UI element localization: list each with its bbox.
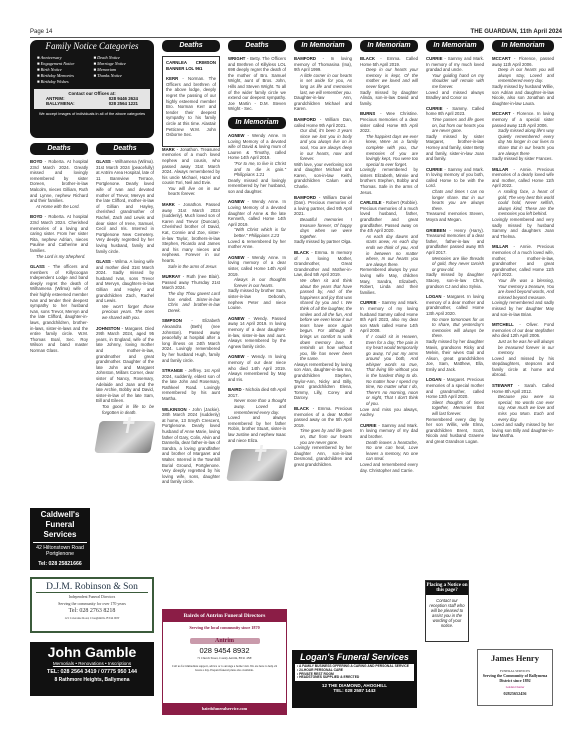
deaths-heading: Deaths bbox=[162, 40, 220, 52]
deaths-memoriam-column-4: Deaths WRIGHT - Betty. The Officers and … bbox=[228, 40, 286, 487]
notice-surname: MCCART bbox=[492, 111, 511, 116]
masthead: THE GUARDIAN, 11th April 2024 bbox=[471, 29, 562, 35]
notice-surname: GLASS bbox=[96, 259, 111, 264]
memoriam-heading: In Memoriam bbox=[228, 117, 286, 129]
notice-verse: Time passes and life goes on, but from o… bbox=[426, 117, 484, 134]
notice-verse: "With Christ which is far better." Phili… bbox=[228, 227, 286, 238]
page-header: Page 14 THE GUARDIAN, 11th April 2024 bbox=[30, 28, 562, 38]
notice-verse: At Home with the Lord. bbox=[30, 204, 88, 210]
notice-surname: MILLAR bbox=[492, 167, 508, 172]
notice-surname: CURRIE bbox=[426, 167, 442, 172]
notice-surname: GLASS bbox=[30, 264, 45, 269]
notice-verse: If I could sit in Heaven, Even for a day… bbox=[360, 334, 418, 407]
james-henry-ad: James Henry FUNERAL SERVICES Serving the… bbox=[477, 649, 553, 706]
placing-notice-box: Placing a Notice on this page? Contact o… bbox=[425, 580, 469, 642]
notice-surname: BURNS bbox=[360, 111, 375, 116]
notice-verse: Your life was a blessing, Your memory a … bbox=[492, 278, 554, 300]
notice-surname: CURRIE bbox=[426, 56, 442, 61]
notice-surname: AGNEW bbox=[228, 133, 244, 138]
notice-surname: BOYD bbox=[30, 214, 42, 219]
notice-item: MILLAR - Annie. Precious memories of a d… bbox=[492, 167, 554, 240]
notice-surname: JOHNSTON bbox=[96, 326, 120, 331]
notice-item: MCCART - Florence, passed away 11th Apri… bbox=[492, 56, 554, 106]
notice-surname: BLACK bbox=[294, 406, 309, 411]
notice-surname: AGNEW bbox=[228, 354, 244, 359]
notice-verse: Always in our thoughts forever in our he… bbox=[228, 277, 286, 288]
notice-surname: BAMFORD bbox=[294, 56, 316, 61]
notice-item: BAMFORD - William Dan, called Home 9th A… bbox=[294, 117, 352, 190]
deaths-column-1: Deaths BOYD - Roberta. At hospital 23rd … bbox=[30, 143, 88, 359]
notice-verse: Deep in our hearts you will always stay,… bbox=[492, 67, 554, 84]
notice-surname: CURRIE bbox=[360, 300, 376, 305]
notice-item: BOYD - Roberta. At hospital 23rd March 2… bbox=[30, 214, 88, 259]
office-ballymena: BALLYMENA:028 2564 1221 bbox=[38, 101, 146, 106]
notice-verse: Safe in the arms of Jesus bbox=[162, 264, 220, 270]
notice-verse: A smiling face, a heart of gold, The ver… bbox=[492, 189, 554, 217]
notice-item: WRIGHT - Betty. The Officers and Brethre… bbox=[228, 56, 286, 112]
category-item: Thanks Notice bbox=[94, 73, 151, 79]
notice-item: GLASS - The officers and members of Kill… bbox=[30, 264, 88, 354]
notice-surname: WILKINSON bbox=[162, 407, 187, 412]
accept-images-note: We accept images of individuals in all o… bbox=[34, 111, 150, 117]
notice-item: AGNEW - Wendy. Passed away 14 April 2019… bbox=[228, 316, 286, 350]
notice-item: AGNEW - Wendy Anne. In loving memory of … bbox=[228, 255, 286, 311]
notice-item: BURNS - Wee Christine. Precious memories… bbox=[360, 111, 418, 195]
notice-surname: MARK bbox=[162, 147, 175, 152]
deaths-column-2: Deaths GLASS - Wilhamena (Wilma). 31st M… bbox=[96, 143, 154, 459]
notice-item: BOYD - Roberta. At hospital 23rd March 2… bbox=[30, 159, 88, 209]
notice-verse: We won't forget those precious years. Th… bbox=[96, 304, 154, 321]
deaths-heading: Deaths bbox=[30, 143, 88, 155]
categories-list: AnniversaryDeath NoticeEngagement Notice… bbox=[34, 55, 150, 85]
notice-surname: SIMPSON bbox=[162, 318, 182, 323]
notice-item: GLASS - Wilhamena (Wilma). 31st March 20… bbox=[96, 159, 154, 254]
notice-verse: As each day dawns and starts anew, As ea… bbox=[360, 234, 418, 268]
notice-verse: Because you were so special, No words ca… bbox=[492, 394, 554, 422]
notice-surname: CARLISLE bbox=[360, 200, 382, 205]
notice-verse: A little corner in our hearts is set asi… bbox=[294, 73, 352, 95]
notice-verse: You will live on in our hearts forever. bbox=[162, 186, 220, 197]
notice-verse: Silent thoughts of times together, Memor… bbox=[426, 400, 484, 417]
notice-verse: Deep in our hearts your memory is kept, … bbox=[360, 67, 418, 89]
deaths-column-3: Deaths CARNLEA CRIMSON BANNER LOL 961KER… bbox=[162, 40, 220, 490]
notice-surname: CARNLEA CRIMSON BANNER LOL 961 bbox=[166, 60, 216, 71]
notice-item: BAIRD - Nichola died 6th April 2017.Neve… bbox=[228, 387, 286, 443]
notice-verse: Memories are like threads of gold, they … bbox=[426, 256, 484, 273]
notice-item: CURRIE - Sammy and Mark. In loving memor… bbox=[360, 423, 418, 473]
notice-item: SIMPSON - Elizabeth Alexandra (Beth) (ne… bbox=[162, 318, 220, 363]
notice-verse: We often sit and think about the years t… bbox=[294, 278, 352, 362]
john-gamble-ad: John Gamble Memorials • Renovations • In… bbox=[30, 642, 154, 696]
page-number: Page 14 bbox=[30, 29, 52, 35]
deaths-heading: Deaths bbox=[96, 143, 154, 155]
notice-verse: Beautiful memories I treasure forever, O… bbox=[294, 217, 352, 239]
notice-item: GRIBBEN - Henry (Harry). Treasured memor… bbox=[426, 228, 484, 290]
notice-item: MARK - Jonathon. Treasured memories of a… bbox=[162, 147, 220, 197]
notice-item: BAMFORD - In loving memory of Thomasina … bbox=[294, 56, 352, 112]
memoriam-heading: In Memoriam bbox=[426, 40, 484, 52]
notice-verse: Just as he was he will always be treasur… bbox=[492, 339, 554, 356]
notice-item: AGNEW - Wendy Anne. In Loving Memory of … bbox=[228, 133, 286, 195]
memoriam-heading: In Memoriam bbox=[294, 40, 352, 52]
memoriam-column-7: In Memoriam CURRIE - Sammy and Mark. In … bbox=[426, 40, 484, 450]
bible-icon bbox=[94, 421, 156, 453]
notice-item: LOGAN - Margaret. Precious memories of a… bbox=[426, 377, 484, 444]
notice-surname: BAMFORD bbox=[294, 195, 316, 200]
notice-verse: Chats and times I can no longer share. B… bbox=[426, 189, 484, 211]
notice-surname: MURRAY bbox=[162, 274, 180, 279]
logans-funeral-ad: Logan's Funeral Services • A FAMILY BUSI… bbox=[292, 650, 417, 708]
notice-surname: GRIBBEN bbox=[426, 228, 446, 233]
notice-item: MURRAY - Ruth (nee Blair). Passed away T… bbox=[162, 274, 220, 313]
notice-item: BLACK - Emma. Precious memories of a dea… bbox=[294, 406, 352, 468]
contact-box: Contact our Offices at: ANTRIM:028 9446 … bbox=[34, 89, 150, 109]
djm-robinson-ad: D.J.M. Robinson & Son Independent Funera… bbox=[30, 577, 154, 633]
notice-item: MILLAR - Annie. Precious memories of a m… bbox=[492, 244, 554, 317]
notice-surname: BOYD bbox=[30, 159, 42, 164]
notice-item: CURRIE - Sammy and Mark. In memory of my… bbox=[360, 300, 418, 417]
notice-surname: AGNEW bbox=[228, 255, 244, 260]
memoriam-column-8: In Memoriam MCCART - Florence, passed aw… bbox=[492, 40, 554, 444]
categories-column: Family Notice Categories AnniversaryDeat… bbox=[30, 40, 154, 138]
notice-item: STEWART - Sarah. Called Home 8th April 2… bbox=[492, 383, 554, 439]
memoriam-heading: In Memoriam bbox=[492, 40, 554, 52]
notice-item: CARLISLE - Robert (Robbie). Precious mem… bbox=[360, 200, 418, 295]
notice-surname: MITCHELL bbox=[492, 322, 514, 327]
logans-services-list: • A FAMILY BUSINESS OFFERING A CARING AN… bbox=[295, 664, 414, 681]
notice-item: CURRIE - Sammy and Mark. In loving memor… bbox=[426, 167, 484, 223]
notice-item: BLACK - Emma. Called Home 5th April 2019… bbox=[360, 56, 418, 106]
category-item: Birthday Wishes bbox=[37, 79, 94, 85]
notice-surname: WRIGHT bbox=[228, 56, 245, 61]
newspaper-page: Page 14 THE GUARDIAN, 11th April 2024 Fa… bbox=[0, 0, 580, 737]
notice-item: BLACK - Emma. In memory of a loving Moth… bbox=[294, 250, 352, 401]
notice-surname: LOGAN bbox=[426, 377, 442, 382]
caldwells-funeral-ad: Caldwell's Funeral Services 42 Hiltonsto… bbox=[30, 508, 90, 570]
notice-surname: AGNEW bbox=[228, 199, 244, 204]
notice-item: LOGAN - Margaret. In loving memory of a … bbox=[426, 294, 484, 372]
notice-surname: CURRIE bbox=[426, 106, 442, 111]
notice-item: KERR - Norman. The Officers and brethren… bbox=[166, 76, 216, 138]
notice-surname: MCCART bbox=[492, 56, 511, 61]
notice-item: BAMFORD - William Daniel (Dan). Precious… bbox=[294, 195, 352, 245]
memoriam-column-6: In Memoriam BLACK - Emma. Called Home 5t… bbox=[360, 40, 418, 478]
notice-verse: "For to me, to live is Christ and to die… bbox=[228, 161, 286, 178]
notice-surname: AGNEW bbox=[228, 316, 244, 321]
bible-icon bbox=[226, 449, 288, 481]
notice-surname: BLACK bbox=[294, 250, 309, 255]
notice-verse: The Lord is my Shepherd. bbox=[30, 254, 88, 260]
notice-verse: No more tomorrows for us to share, But y… bbox=[426, 317, 484, 339]
notice-surname: CURRIE bbox=[360, 423, 376, 428]
notice-item: CARNLEA CRIMSON BANNER LOL 961 bbox=[166, 60, 216, 71]
notice-surname: STRANGE bbox=[162, 368, 183, 373]
notice-item: AGNEW - Wendy. In loving memory of our d… bbox=[228, 354, 286, 382]
notice-item: JOHNSTON - Margaret. Died 29th March 202… bbox=[96, 326, 154, 416]
notice-surname: STEWART bbox=[492, 383, 513, 388]
notice-item: STRANGE - Jeffrey. 1st April 2024, sudde… bbox=[162, 368, 220, 402]
categories-box: Family Notice Categories AnniversaryDeat… bbox=[30, 40, 154, 138]
notice-item: CURRIE - Sammy and Mark. In memory of my… bbox=[426, 56, 484, 101]
notice-surname: KERR bbox=[166, 76, 178, 81]
deaths-heading: Deaths bbox=[228, 40, 286, 52]
notice-item: WILKINSON - John (Jackie). 28th March 20… bbox=[162, 407, 220, 485]
memoriam-column-5: In Memoriam BAMFORD - In loving memory o… bbox=[294, 40, 352, 473]
notice-item: GLASS - Wilma. A loving wife and mother … bbox=[96, 259, 154, 321]
notice-verse: Our dad, it's been 3 years since we lost… bbox=[294, 128, 352, 162]
notice-item: AGNEW - Wendy Anne. In Loving Memory of … bbox=[228, 199, 286, 249]
notice-verse: Death leaves a heartache, No one can hea… bbox=[360, 440, 418, 462]
notice-verse: Time goes by and life goes on, But from … bbox=[294, 428, 352, 445]
notice-surname: MARK bbox=[162, 202, 175, 207]
notice-item: MARK - Jonathon. Passed away 31st March … bbox=[162, 202, 220, 269]
notice-surname: BAMFORD bbox=[294, 117, 316, 122]
bairds-website: bairdsfuneralservice.com bbox=[163, 703, 286, 714]
notice-verse: The day Thou gavest Lord has ended. Sist… bbox=[162, 291, 220, 313]
bairds-of-antrim-ad: Bairds of Antrim Funeral Directors Servi… bbox=[162, 609, 287, 715]
notice-item: MITCHELL - Oliver. Fond memories of our … bbox=[492, 322, 554, 378]
notice-verse: Sadly missed along life's way Quietly re… bbox=[492, 128, 554, 156]
memoriam-heading: In Memoriam bbox=[360, 40, 418, 52]
notice-surname: MILLAR bbox=[492, 244, 508, 249]
notice-item: MCCART - Florence. In loving memory of a… bbox=[492, 111, 554, 161]
notice-verse: Never more than a thought away. Loved an… bbox=[228, 398, 286, 415]
lodge-notice-box: CARNLEA CRIMSON BANNER LOL 961KERR - Nor… bbox=[162, 56, 220, 147]
notice-verse: The happiest days we ever knew, Were as … bbox=[360, 134, 418, 168]
notice-item: CURRIE - Sammy. Called home 8th April 20… bbox=[426, 106, 484, 162]
notice-surname: BAIRD bbox=[228, 387, 242, 392]
categories-title: Family Notice Categories bbox=[34, 44, 150, 50]
notice-verse: Your guiding hand on my shoulder will re… bbox=[426, 73, 484, 90]
notice-surname: GLASS bbox=[96, 159, 111, 164]
notice-surname: LOGAN bbox=[426, 294, 442, 299]
notice-surname: BLACK bbox=[360, 56, 375, 61]
